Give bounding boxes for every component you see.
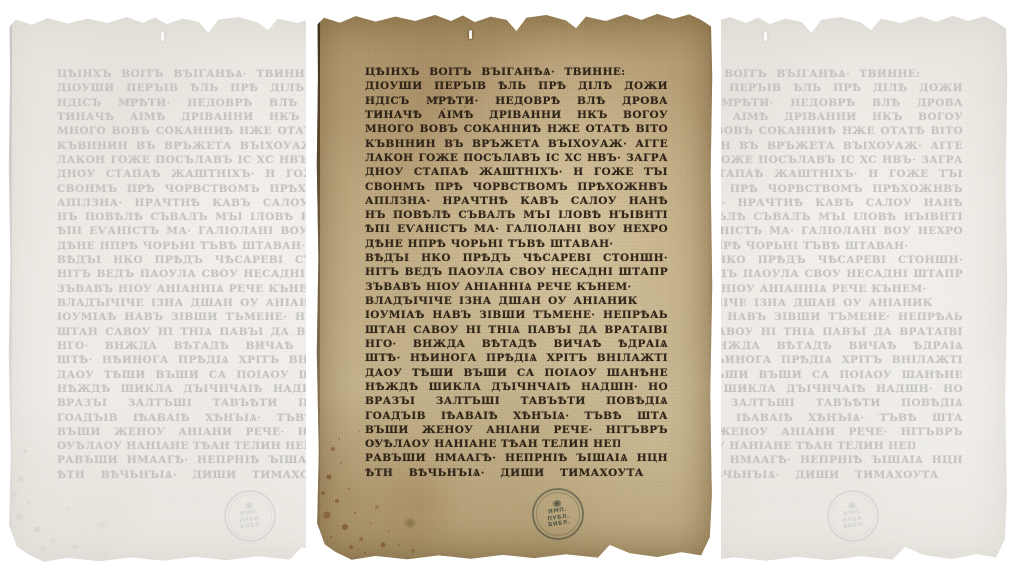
manuscript-page: ЦѢІНХЪ ВОІТЪ ВЪІГАНѢѦ· ТВИННЕ:ДІОУШИ ПЕР…	[721, 12, 1008, 564]
page-vignette	[8, 12, 306, 564]
page-center: ЦѢІНХЪ ВОІТЪ ВЪІГАНѢѦ· ТВИННЕ:ДІОУШИ ПЕР…	[316, 0, 713, 576]
page-vignette	[316, 10, 713, 562]
page-vignette	[721, 12, 1008, 564]
manuscript-page: ЦѢІНХЪ ВОІТЪ ВЪІГАНѢѦ· ТВИННЕ:ДІОУШИ ПЕР…	[8, 12, 306, 564]
manuscript-triptych: ЦѢІНХЪ ВОІТЪ ВЪІГАНѢѦ· ТВИННЕ:ДІОУШИ ПЕР…	[0, 0, 1024, 576]
manuscript-page: ЦѢІНХЪ ВОІТЪ ВЪІГАНѢѦ· ТВИННЕ:ДІОУШИ ПЕР…	[316, 10, 713, 562]
page-copy-right: ЦѢІНХЪ ВОІТЪ ВЪІГАНѢѦ· ТВИННЕ:ДІОУШИ ПЕР…	[721, 0, 1008, 576]
screenshot-root: { "page": { "lines": [ "ЦѢІНХЪ ВОІТЪ ВЪІ…	[0, 0, 1024, 576]
page-copy-left: ЦѢІНХЪ ВОІТЪ ВЪІГАНѢѦ· ТВИННЕ:ДІОУШИ ПЕР…	[8, 0, 306, 576]
